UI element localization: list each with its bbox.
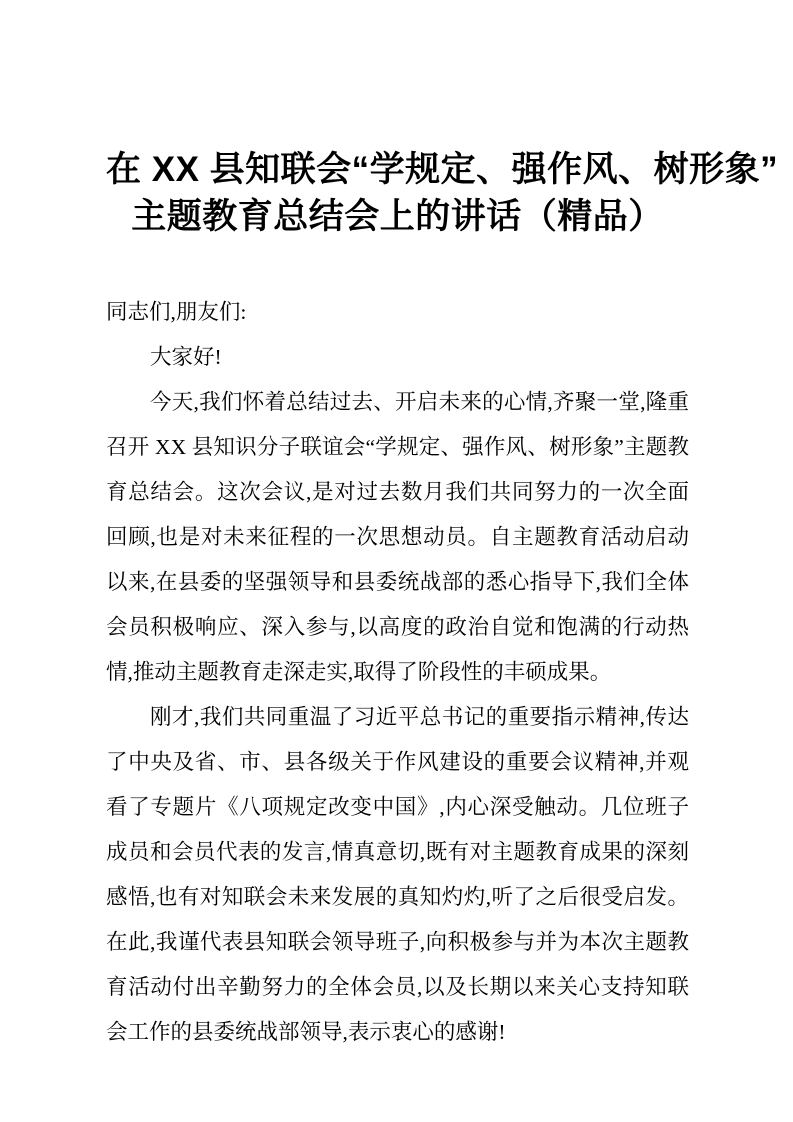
body-paragraph-1: 今天,我们怀着总结过去、开启未来的心情,齐聚一堂,隆重召开 XX 县知识分子联谊… [106,380,689,695]
document-title-line-1: 在 XX 县知联会“学规定、强作风、树形象” [106,146,689,193]
body-paragraph-2: 刚才,我们共同重温了习近平总书记的重要指示精神,传达了中央及省、市、县各级关于作… [106,695,689,1055]
salutation-line: 同志们,朋友们: [106,290,689,335]
document-body: 同志们,朋友们: 大家好! 今天,我们怀着总结过去、开启未来的心情,齐聚一堂,隆… [106,290,689,1055]
document-page: 在 XX 县知联会“学规定、强作风、树形象” 主题教育总结会上的讲话（精品） 同… [0,0,793,1122]
greeting-line: 大家好! [106,335,689,380]
document-title: 在 XX 县知联会“学规定、强作风、树形象” 主题教育总结会上的讲话（精品） [106,146,689,240]
document-title-line-2: 主题教育总结会上的讲话（精品） [106,193,689,240]
